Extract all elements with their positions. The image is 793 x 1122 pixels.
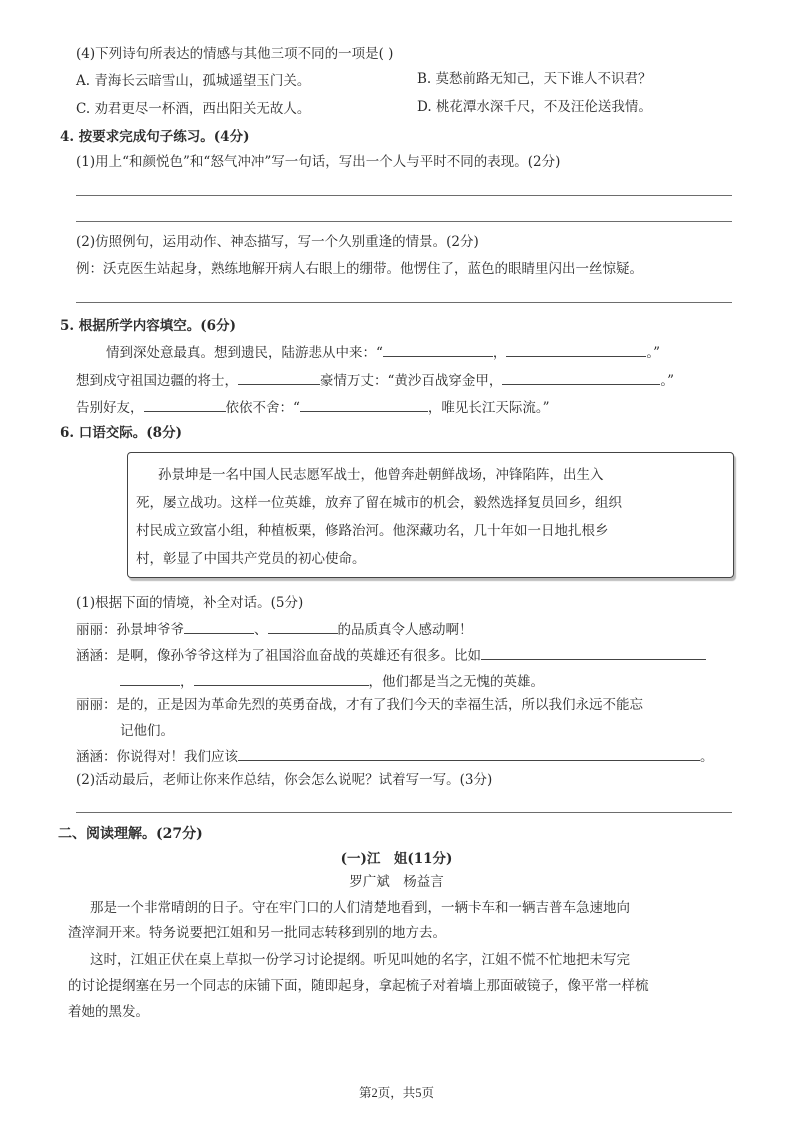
text: 。” xyxy=(660,373,674,389)
text: 告别好友， xyxy=(76,400,144,416)
article-paragraph: 那是一个非常晴朗的日子。守在牢门口的人们清楚地看到，一辆卡车和一辆吉普车急速地向 xyxy=(90,898,630,918)
text: 。 xyxy=(700,749,714,765)
blank[interactable] xyxy=(383,342,493,357)
fill-line-3: 告别好友，依依不舍：“，唯见长江天际流。” xyxy=(76,397,550,418)
blank[interactable] xyxy=(120,671,180,686)
passage-line: 死，屡立战功。这样一位英雄，放弃了留在城市的机会，毅然选择复员回乡，组织 xyxy=(136,493,622,513)
option-text: 莫愁前路无知己，天下谁人不识君？ xyxy=(436,71,652,87)
option-label: B. xyxy=(417,71,431,87)
question-4-title: 4. 按要求完成句子练习。(4分) xyxy=(60,127,249,147)
text: 想到戍守祖国边疆的将士， xyxy=(76,373,238,389)
text: 丽丽：孙景坤爷爷 xyxy=(76,622,184,638)
option-text: 劝君更尽一杯酒，西出阳关无故人。 xyxy=(94,101,310,117)
dialogue-hanhan-1: 涵涵：是啊，像孙爷爷这样为了祖国浴血奋战的英雄还有很多。比如 xyxy=(76,645,706,666)
text: 涵涵：你说得对！我们应该 xyxy=(76,749,238,765)
answer-line[interactable] xyxy=(76,302,732,303)
question-3-4-stem: (4)下列诗句所表达的情感与其他三项不同的一项是( ) xyxy=(76,44,393,64)
example-sentence: 例：沃克医生站起身，熟练地解开病人右眼上的绷带。他愣住了，蓝色的眼睛里闪出一丝惊… xyxy=(76,259,643,279)
text: 、 xyxy=(254,622,268,638)
text: ，唯见长江天际流。” xyxy=(428,400,550,416)
text: ， xyxy=(493,345,507,361)
text: 豪情万丈：“黄沙百战穿金甲， xyxy=(320,373,502,389)
blank[interactable] xyxy=(502,370,660,385)
article-paragraph: 的讨论提纲塞在另一个同志的床铺下面，随即起身，拿起梳子对着墙上那面破镜子，像平常… xyxy=(68,976,649,996)
passage-line: 孙景坤是一名中国人民志愿军战士，他曾奔赴朝鲜战场，冲锋陷阵，出生入 xyxy=(158,465,604,485)
passage-line: 村，彰显了中国共产党员的初心使命。 xyxy=(136,549,366,569)
passage-line: 村民成立致富小组，种植板栗，修路治河。他深藏功名，几十年如一日地扎根乡 xyxy=(136,521,609,541)
blank[interactable] xyxy=(238,746,700,761)
question-5-title: 5. 根据所学内容填空。(6分) xyxy=(60,316,236,336)
text: 。” xyxy=(646,345,660,361)
article-title: (一)江 姐(11分) xyxy=(0,849,793,869)
article-paragraph: 这时，江姐正伏在桌上草拟一份学习讨论提纲。听见叫她的名字，江姐不慌不忙地把未写完 xyxy=(90,950,630,970)
article-paragraph: 着她的黑发。 xyxy=(68,1002,149,1022)
question-6-2: (2)活动最后，老师让你来作总结，你会怎么说呢？试着写一写。(3分) xyxy=(76,770,492,790)
blank[interactable] xyxy=(268,619,338,634)
blank[interactable] xyxy=(300,397,428,412)
option-text: 桃花潭水深千尺，不及汪伦送我情。 xyxy=(436,99,652,115)
option-a: A. 青海长云暗雪山，孤城遥望玉门关。 xyxy=(76,71,310,91)
blank[interactable] xyxy=(194,671,369,686)
question-4-2: (2)仿照例句，运用动作、神态描写，写一个久别重逢的情景。(2分) xyxy=(76,232,479,252)
dialogue-lili-2: 丽丽：是的，正是因为革命先烈的英勇奋战，才有了我们今天的幸福生活，所以我们永远不… xyxy=(76,695,643,715)
answer-line[interactable] xyxy=(76,221,732,222)
fill-line-2: 想到戍守祖国边疆的将士，豪情万丈：“黄沙百战穿金甲，。” xyxy=(76,370,674,391)
dialogue-hanhan-1-cont: ，，他们都是当之无愧的英雄。 xyxy=(120,671,544,692)
dialogue-hanhan-2: 涵涵：你说得对！我们应该。 xyxy=(76,746,714,767)
dialogue-lili-1: 丽丽：孙景坤爷爷、的品质真令人感动啊！ xyxy=(76,619,473,640)
question-6-title: 6. 口语交际。(8分) xyxy=(60,423,182,443)
blank[interactable] xyxy=(506,342,646,357)
text: 的品质真令人感动啊！ xyxy=(338,622,473,638)
blank[interactable] xyxy=(184,619,254,634)
option-b: B. 莫愁前路无知己，天下谁人不识君？ xyxy=(417,69,652,89)
section-2-title: 二、阅读理解。(27分) xyxy=(58,824,203,844)
blank[interactable] xyxy=(481,645,706,660)
page-number: 第2页，共5页 xyxy=(0,1083,793,1101)
passage-box: 孙景坤是一名中国人民志愿军战士，他曾奔赴朝鲜战场，冲锋陷阵，出生入 死，屡立战功… xyxy=(127,452,734,578)
blank[interactable] xyxy=(238,370,320,385)
option-text: 青海长云暗雪山，孤城遥望玉门关。 xyxy=(94,73,310,89)
text: ， xyxy=(180,674,194,690)
answer-line[interactable] xyxy=(76,195,732,196)
text: 依依不舍：“ xyxy=(226,400,300,416)
fill-line-1: 情到深处意最真。想到遗民，陆游悲从中来：“，。” xyxy=(106,342,660,363)
option-label: D. xyxy=(417,99,432,115)
answer-line[interactable] xyxy=(76,812,732,813)
option-d: D. 桃花潭水深千尺，不及汪伦送我情。 xyxy=(417,97,652,117)
text: ，他们都是当之无愧的英雄。 xyxy=(369,674,545,690)
question-4-1: (1)用上“和颜悦色”和“怒气冲冲”写一句话，写出一个人与平时不同的表现。(2分… xyxy=(76,152,560,172)
option-label: C. xyxy=(76,101,90,117)
article-authors: 罗广斌 杨益言 xyxy=(0,872,793,892)
article-paragraph: 渣滓洞开来。特务说要把江姐和另一批同志转移到别的地方去。 xyxy=(68,923,446,943)
option-c: C. 劝君更尽一杯酒，西出阳关无故人。 xyxy=(76,99,310,119)
question-6-1: (1)根据下面的情境，补全对话。(5分) xyxy=(76,593,303,613)
text: 情到深处意最真。想到遗民，陆游悲从中来：“ xyxy=(106,345,383,361)
blank[interactable] xyxy=(144,397,226,412)
option-label: A. xyxy=(76,73,90,89)
text: 涵涵：是啊，像孙爷爷这样为了祖国浴血奋战的英雄还有很多。比如 xyxy=(76,648,481,664)
dialogue-lili-2-cont: 记他们。 xyxy=(120,721,174,741)
